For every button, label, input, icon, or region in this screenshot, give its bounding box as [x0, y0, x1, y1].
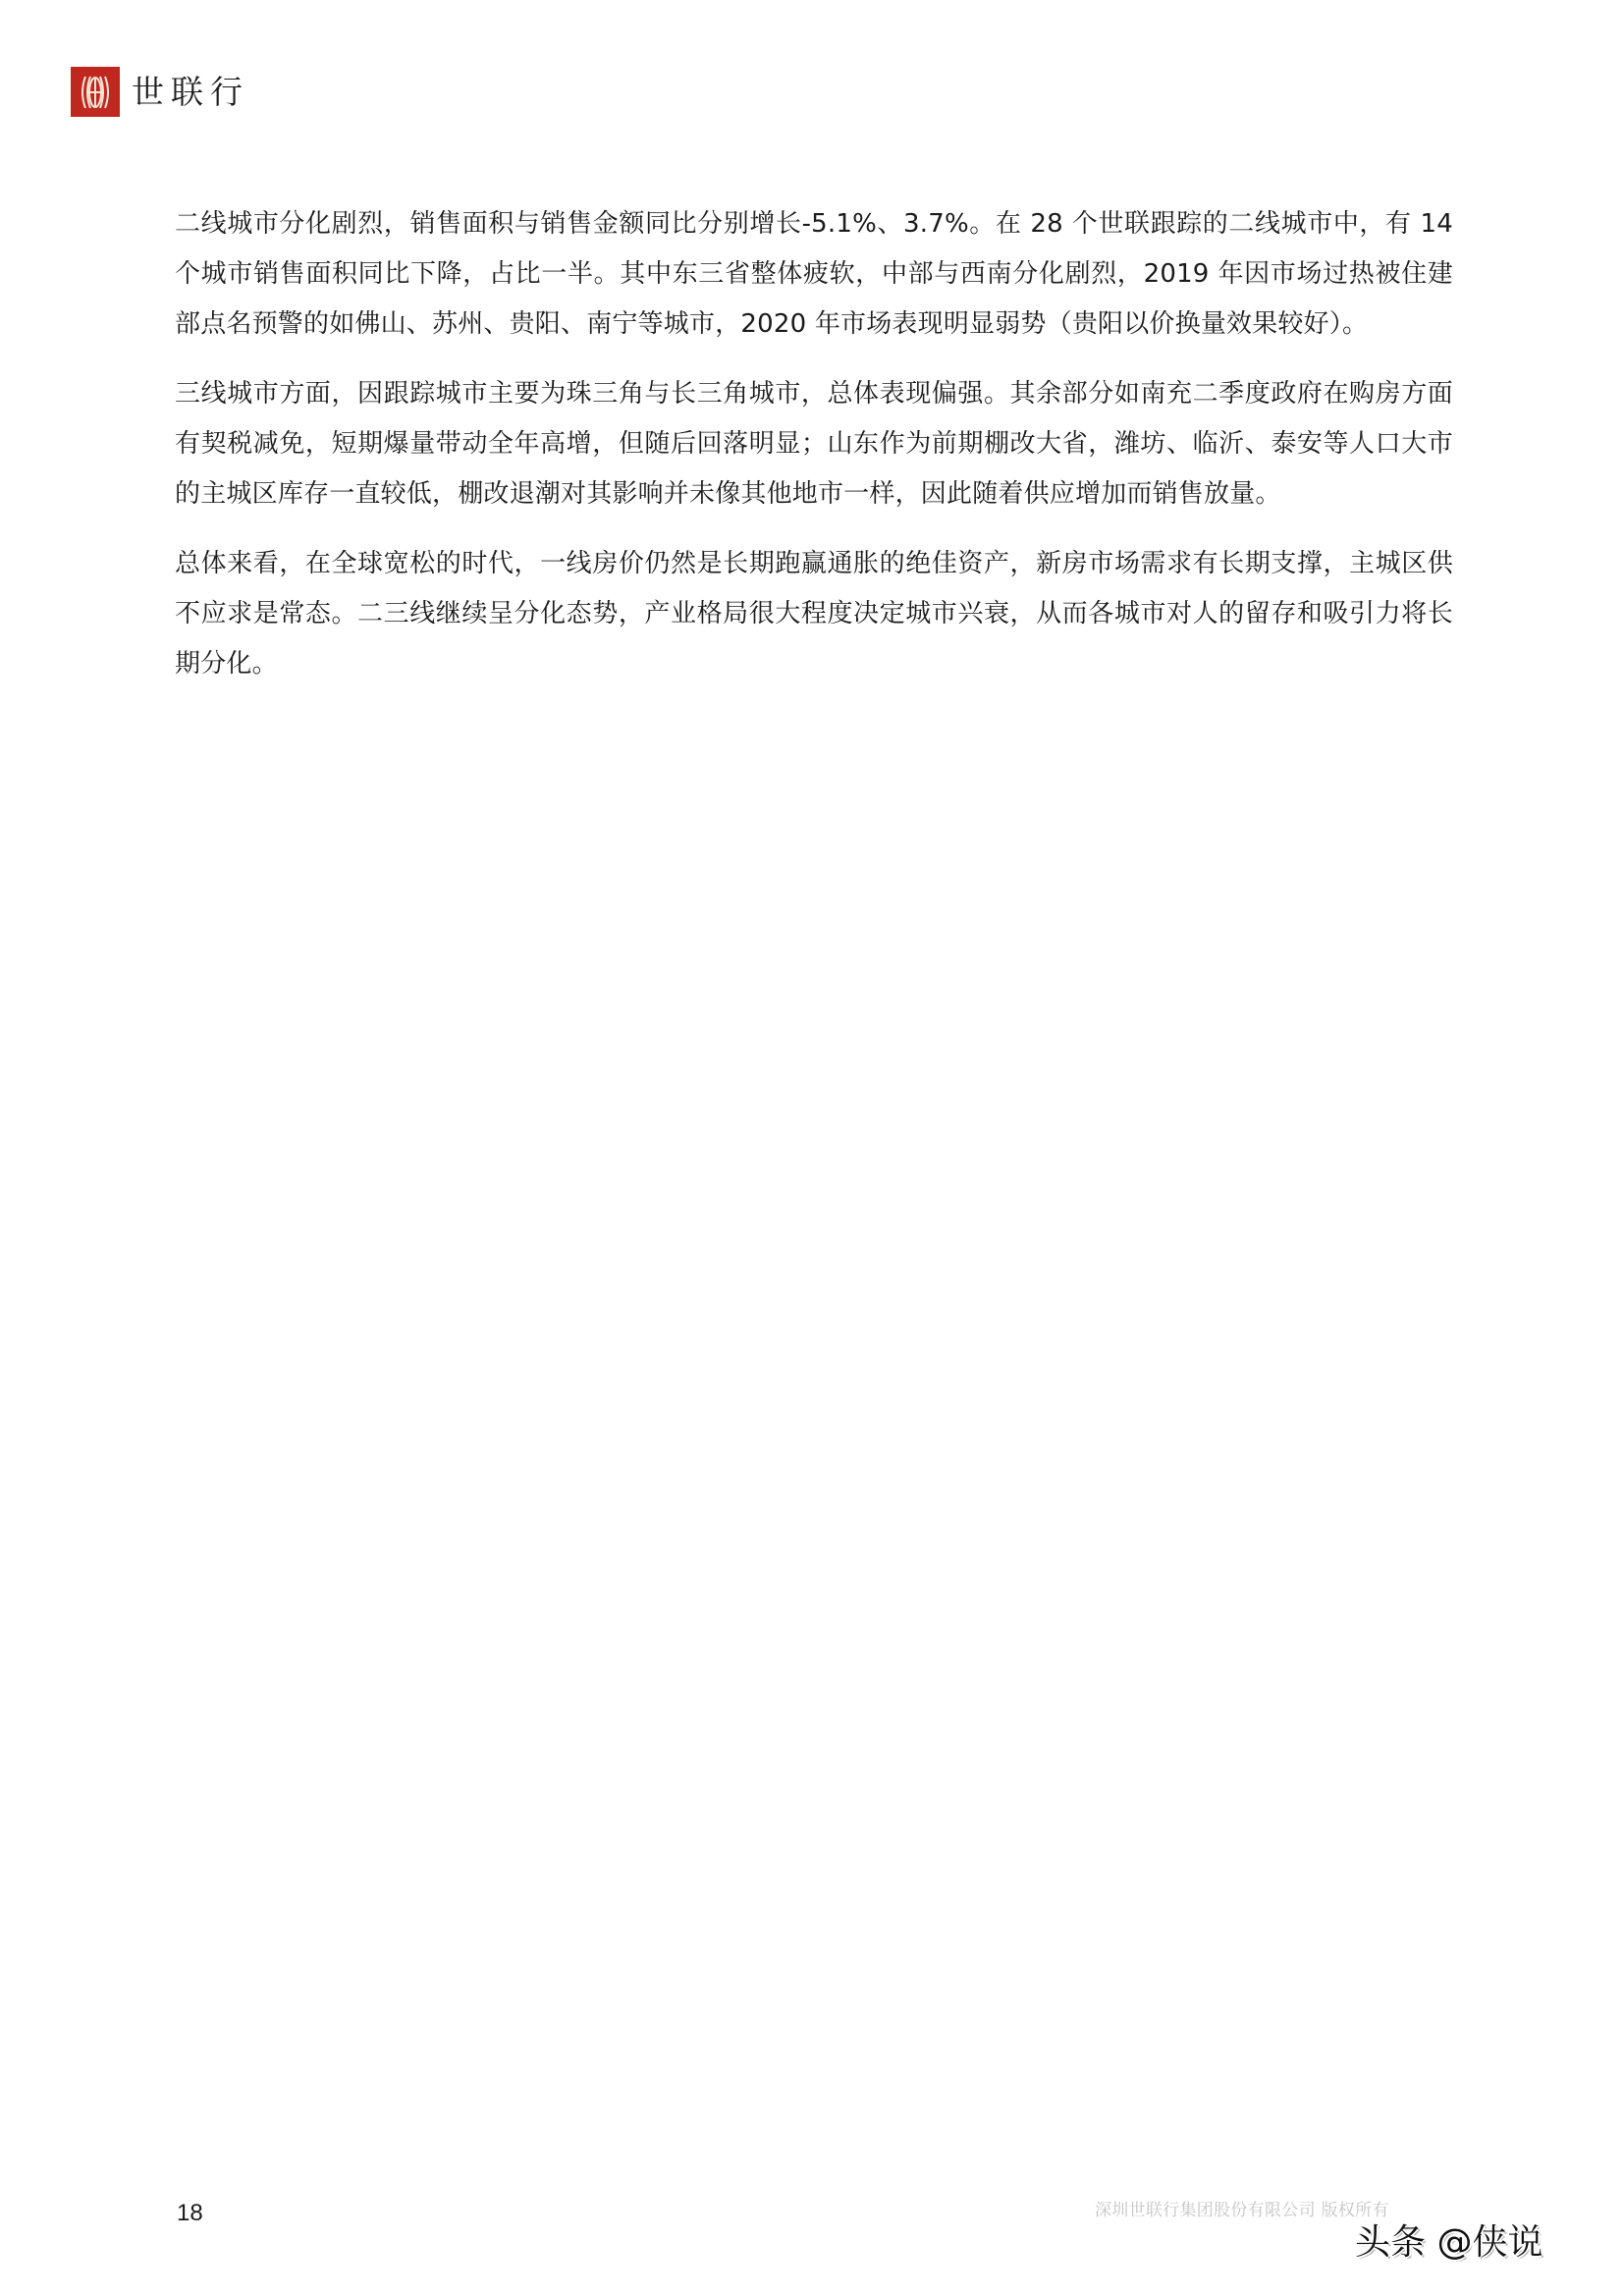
paragraph-second-tier-cities: 二线城市分化剧烈，销售面积与销售金额同比分别增长-5.1%、3.7%。在 28 … [175, 199, 1453, 350]
document-body: 二线城市分化剧烈，销售面积与销售金额同比分别增长-5.1%、3.7%。在 28 … [175, 199, 1453, 709]
paragraph-third-tier-cities: 三线城市方面，因跟踪城市主要为珠三角与长三角城市，总体表现偏强。其余部分如南充二… [175, 369, 1453, 519]
copyright-notice: 深圳世联行集团股份有限公司 版权所有 [1095, 2196, 1389, 2220]
brand-name: 世联行 [132, 76, 249, 108]
shilianhang-logo-icon [71, 67, 120, 117]
watermark: 头条 @侠说 [1355, 2214, 1542, 2265]
paragraph-summary: 总体来看，在全球宽松的时代，一线房价仍然是长期跑赢通胀的绝佳资产，新房市场需求有… [175, 539, 1453, 689]
page-header: 世联行 [71, 67, 249, 117]
page-number: 18 [177, 2200, 203, 2227]
